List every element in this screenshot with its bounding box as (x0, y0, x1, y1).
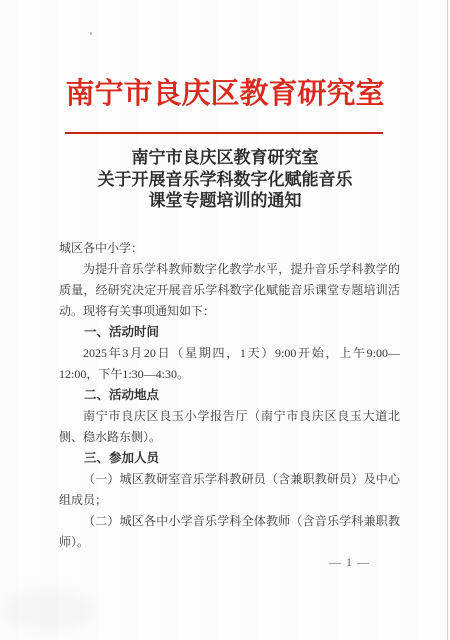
document-title: 南宁市良庆区教育研究室 关于开展音乐学科数字化赋能音乐 课堂专题培训的通知 (0, 147, 450, 212)
scan-speck (90, 32, 92, 35)
document-title-line: 南宁市良庆区教育研究室 (0, 147, 450, 169)
section-paragraph-participants-1: （一）城区教研室音乐学科教研员（含兼职教研员）及中心组成员； (59, 469, 400, 511)
document-page: 南宁市良庆区教育研究室 南宁市良庆区教育研究室 关于开展音乐学科数字化赋能音乐 … (0, 0, 450, 640)
page-number: — 1 — (329, 552, 370, 573)
section-paragraph-activity-location: 南宁市良庆区良玉小学报告厅（南宁市良庆区良玉大道北侧、稳水路东侧）。 (59, 406, 400, 448)
section-heading-activity-location: 二、活动地点 (59, 385, 400, 406)
document-title-line: 关于开展音乐学科数字化赋能音乐 (0, 169, 450, 191)
section-heading-activity-time: 一、活动时间 (59, 322, 400, 343)
intro-paragraph: 为提升音乐学科教师数字化教学水平，提升音乐学科教学的质量，经研究决定开展音乐学科… (59, 259, 400, 322)
section-heading-participants: 三、参加人员 (59, 448, 400, 469)
section-paragraph-participants-2: （二）城区各中小学音乐学科全体教师（含音乐学科兼职教师）。 (59, 511, 400, 553)
letterhead-org-name: 南宁市良庆区教育研究室 (0, 72, 450, 116)
document-title-line: 课堂专题培训的通知 (0, 190, 450, 212)
scan-smudge (4, 588, 94, 632)
section-paragraph-activity-time: 2025年3月20日（星期四，1天）9:00开始，上午9:00—12:00，下午… (59, 343, 400, 385)
letterhead-divider (65, 132, 383, 134)
salutation: 城区各中小学： (59, 238, 400, 259)
document-body: 城区各中小学： 为提升音乐学科教师数字化教学水平，提升音乐学科教学的质量，经研究… (59, 238, 400, 553)
